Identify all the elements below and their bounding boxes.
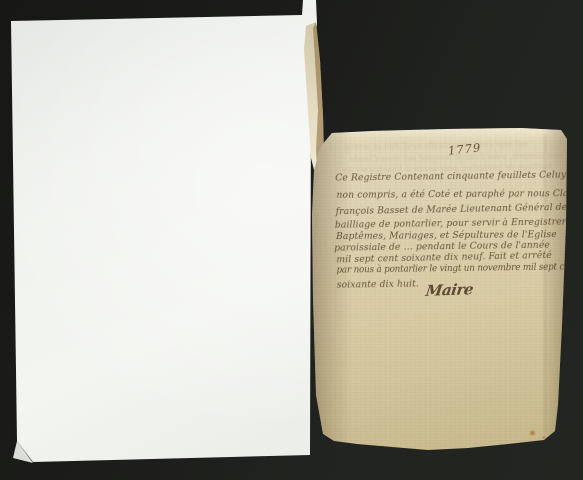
signature: Maire (425, 280, 475, 300)
manuscript-line: par nous à pontarlier le vingt un novemb… (336, 262, 578, 276)
ink-stain (529, 430, 536, 436)
archival-scan-photo: mil sept cent soixante dix neuf. Fait et… (0, 0, 583, 480)
ink-stain (542, 436, 546, 439)
manuscript-text-block: Ce Registre Contenant cinquante feuillet… (335, 169, 569, 297)
manuscript-line: soixante dix huit. (337, 278, 419, 290)
manuscript-line: françois Basset de Marée Lieutenant Géné… (336, 202, 573, 218)
manuscript-line: Ce Registre Contenant cinquante feuillet… (335, 169, 580, 183)
manuscript-line: non compris, a été Coté et paraphé par n… (336, 188, 583, 201)
